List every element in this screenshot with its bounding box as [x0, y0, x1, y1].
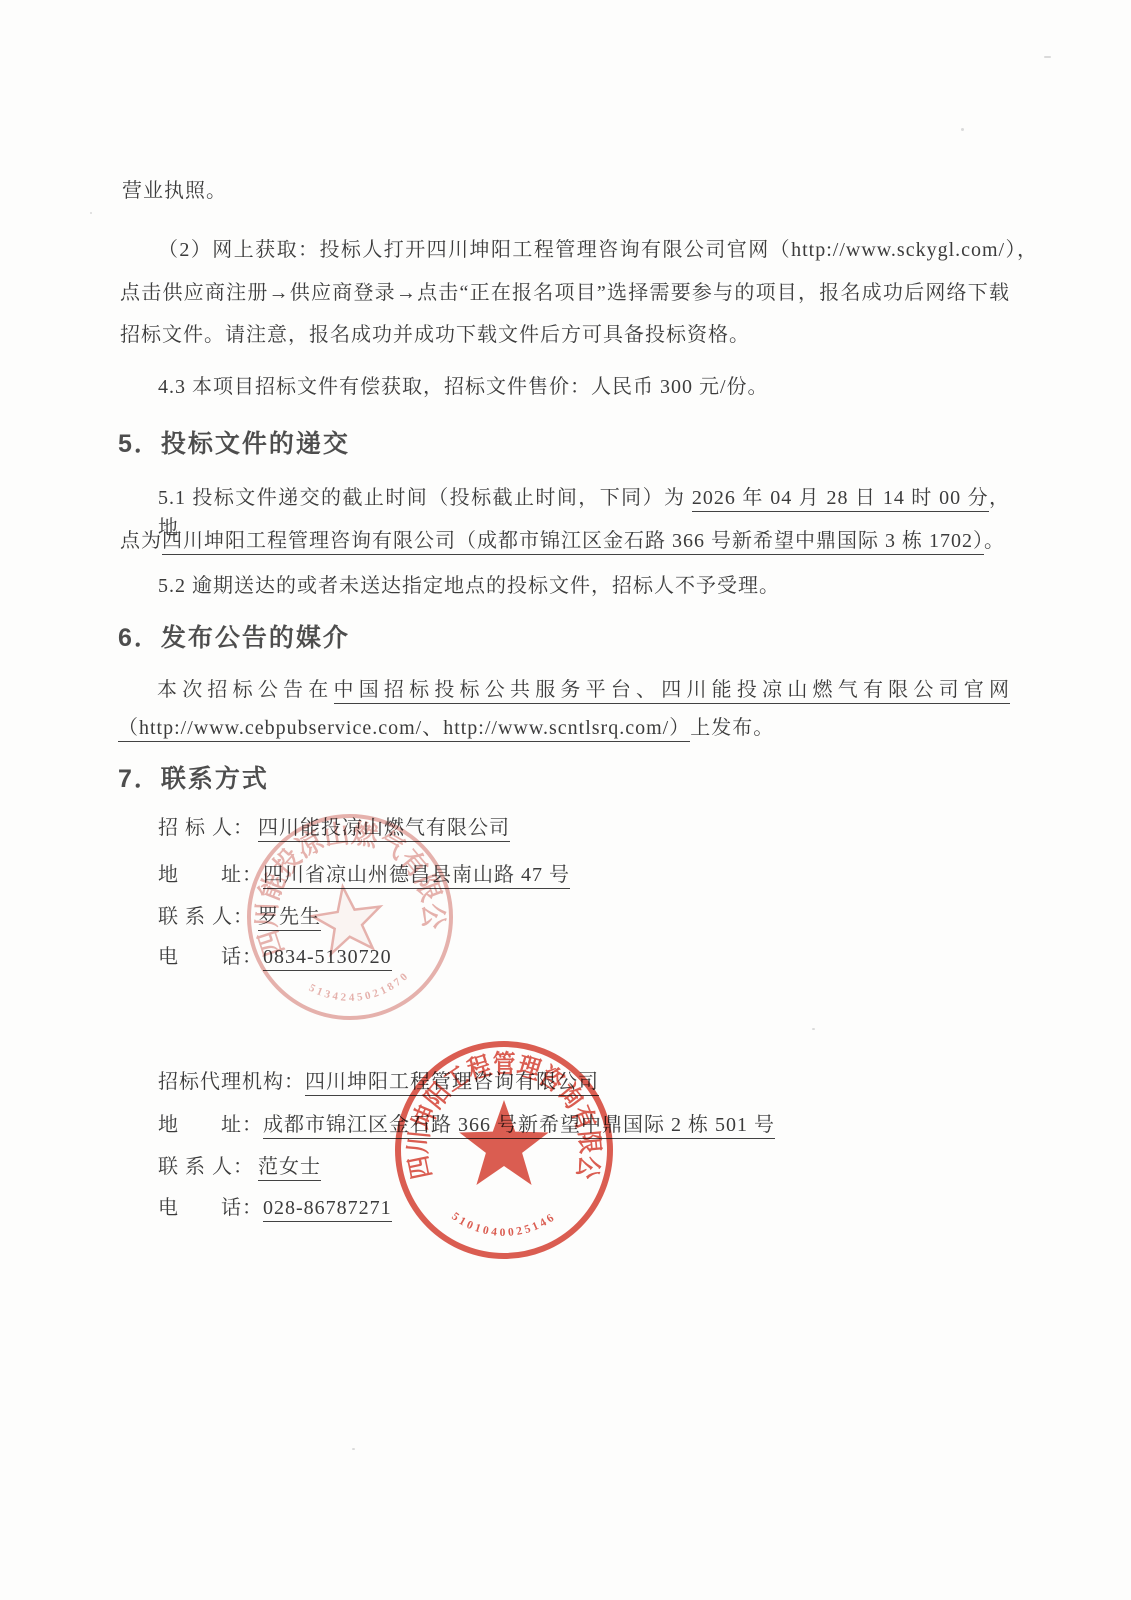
p51-location-underlined: 四川坤阳工程管理咨询有限公司（成都市锦江区金石路 366 号新希望中鼎国际 3 … — [162, 530, 984, 555]
tenderer-contact-row: 联 系 人：罗先生 — [158, 902, 321, 932]
scan-speck — [961, 128, 964, 131]
scan-speck — [1044, 56, 1051, 58]
scan-speck — [352, 1448, 355, 1450]
p51-prefix-text: 5.1 投标文件递交的截止时间（投标截止时间，下同）为 — [158, 487, 692, 509]
p51-line2-suffix-text: 。 — [984, 530, 1005, 552]
media-urls-underlined: （http://www.cebpubservice.com/、http://ww… — [118, 717, 690, 742]
paragraph-announcement-media-line2: （http://www.cebpubservice.com/、http://ww… — [118, 713, 774, 743]
paragraph-business-license: 营业执照。 — [122, 176, 227, 206]
tenderer-contact-value: 罗先生 — [258, 906, 321, 931]
agency-address-value: 成都市锦江区金石路 366 号新希望中鼎国际 2 栋 501 号 — [263, 1114, 775, 1139]
agency-phone-label: 电 话： — [158, 1193, 263, 1223]
paragraph-announcement-media-line1: 本次招标公告在中国招标投标公共服务平台、四川能投凉山燃气有限公司官网 — [157, 675, 1010, 705]
tenderer-seal-serial-arc: 5134245021870 — [306, 968, 415, 1010]
scan-speck — [90, 212, 92, 214]
paragraph-online-obtain-line2: 点击供应商注册→供应商登录→点击“正在报名项目”选择需要参与的项目，报名成功后网… — [120, 278, 1010, 308]
media-suffix-text: 上发布。 — [690, 717, 774, 739]
section6-heading: 6．发布公告的媒介 — [118, 622, 350, 654]
tenderer-contact-label: 联 系 人： — [158, 902, 258, 932]
scanned-document-page: 营业执照。 （2）网上获取：投标人打开四川坤阳工程管理咨询有限公司官网（http… — [0, 0, 1131, 1600]
paragraph-4-3-document-price: 4.3 本项目招标文件有偿获取，招标文件售价：人民币 300 元/份。 — [158, 372, 769, 402]
p51-line2-prefix-text: 点为 — [120, 530, 162, 552]
agency-address-row: 地 址：成都市锦江区金石路 366 号新希望中鼎国际 2 栋 501 号 — [158, 1110, 775, 1140]
media-platforms-underlined: 中国招标投标公共服务平台、四川能投凉山燃气有限公司官网 — [334, 679, 1011, 704]
paragraph-online-obtain-line1: （2）网上获取：投标人打开四川坤阳工程管理咨询有限公司官网（http://www… — [158, 235, 1038, 265]
agency-row: 招标代理机构：四川坤阳工程管理咨询有限公司 — [158, 1067, 599, 1097]
paragraph-5-1-line2: 点为四川坤阳工程管理咨询有限公司（成都市锦江区金石路 366 号新希望中鼎国际 … — [120, 526, 1005, 556]
tenderer-row: 招 标 人：四川能投凉山燃气有限公司 — [158, 813, 510, 843]
agency-contact-row: 联 系 人：范女士 — [158, 1152, 321, 1182]
agency-phone-value: 028-86787271 — [263, 1197, 392, 1222]
tenderer-address-value: 四川省凉山州德昌县南山路 47 号 — [263, 864, 570, 889]
tenderer-value: 四川能投凉山燃气有限公司 — [258, 817, 510, 842]
agency-address-label: 地 址： — [158, 1110, 263, 1140]
agency-seal-serial-arc: 5101040025146 — [449, 1210, 558, 1238]
agency-label: 招标代理机构： — [158, 1071, 305, 1093]
scan-speck — [812, 1028, 815, 1030]
tenderer-phone-value: 0834-5130720 — [263, 946, 392, 971]
tenderer-address-label: 地 址： — [158, 860, 263, 890]
media-prefix-text: 本次招标公告在 — [157, 679, 334, 701]
tenderer-address-row: 地 址：四川省凉山州德昌县南山路 47 号 — [158, 860, 570, 890]
agency-contact-label: 联 系 人： — [158, 1152, 258, 1182]
section5-heading: 5．投标文件的递交 — [118, 428, 350, 460]
agency-phone-row: 电 话：028-86787271 — [158, 1193, 392, 1223]
agency-seal-company-arc: 四川坤阳工程管理咨询有限公司 — [386, 1032, 605, 1182]
tenderer-phone-row: 电 话：0834-5130720 — [158, 942, 392, 972]
section7-heading: 7．联系方式 — [118, 763, 269, 795]
agency-value: 四川坤阳工程管理咨询有限公司 — [305, 1071, 599, 1096]
tenderer-label: 招 标 人： — [158, 813, 258, 843]
paragraph-online-obtain-line3: 招标文件。请注意，报名成功并成功下载文件后方可具备投标资格。 — [120, 320, 750, 350]
agency-contact-value: 范女士 — [258, 1156, 321, 1181]
tenderer-phone-label: 电 话： — [158, 942, 263, 972]
paragraph-5-2-late-delivery: 5.2 逾期送达的或者未送达指定地点的投标文件，招标人不予受理。 — [158, 571, 780, 601]
p51-deadline-underlined: 2026 年 04 月 28 日 14 时 00 分 — [692, 487, 989, 512]
